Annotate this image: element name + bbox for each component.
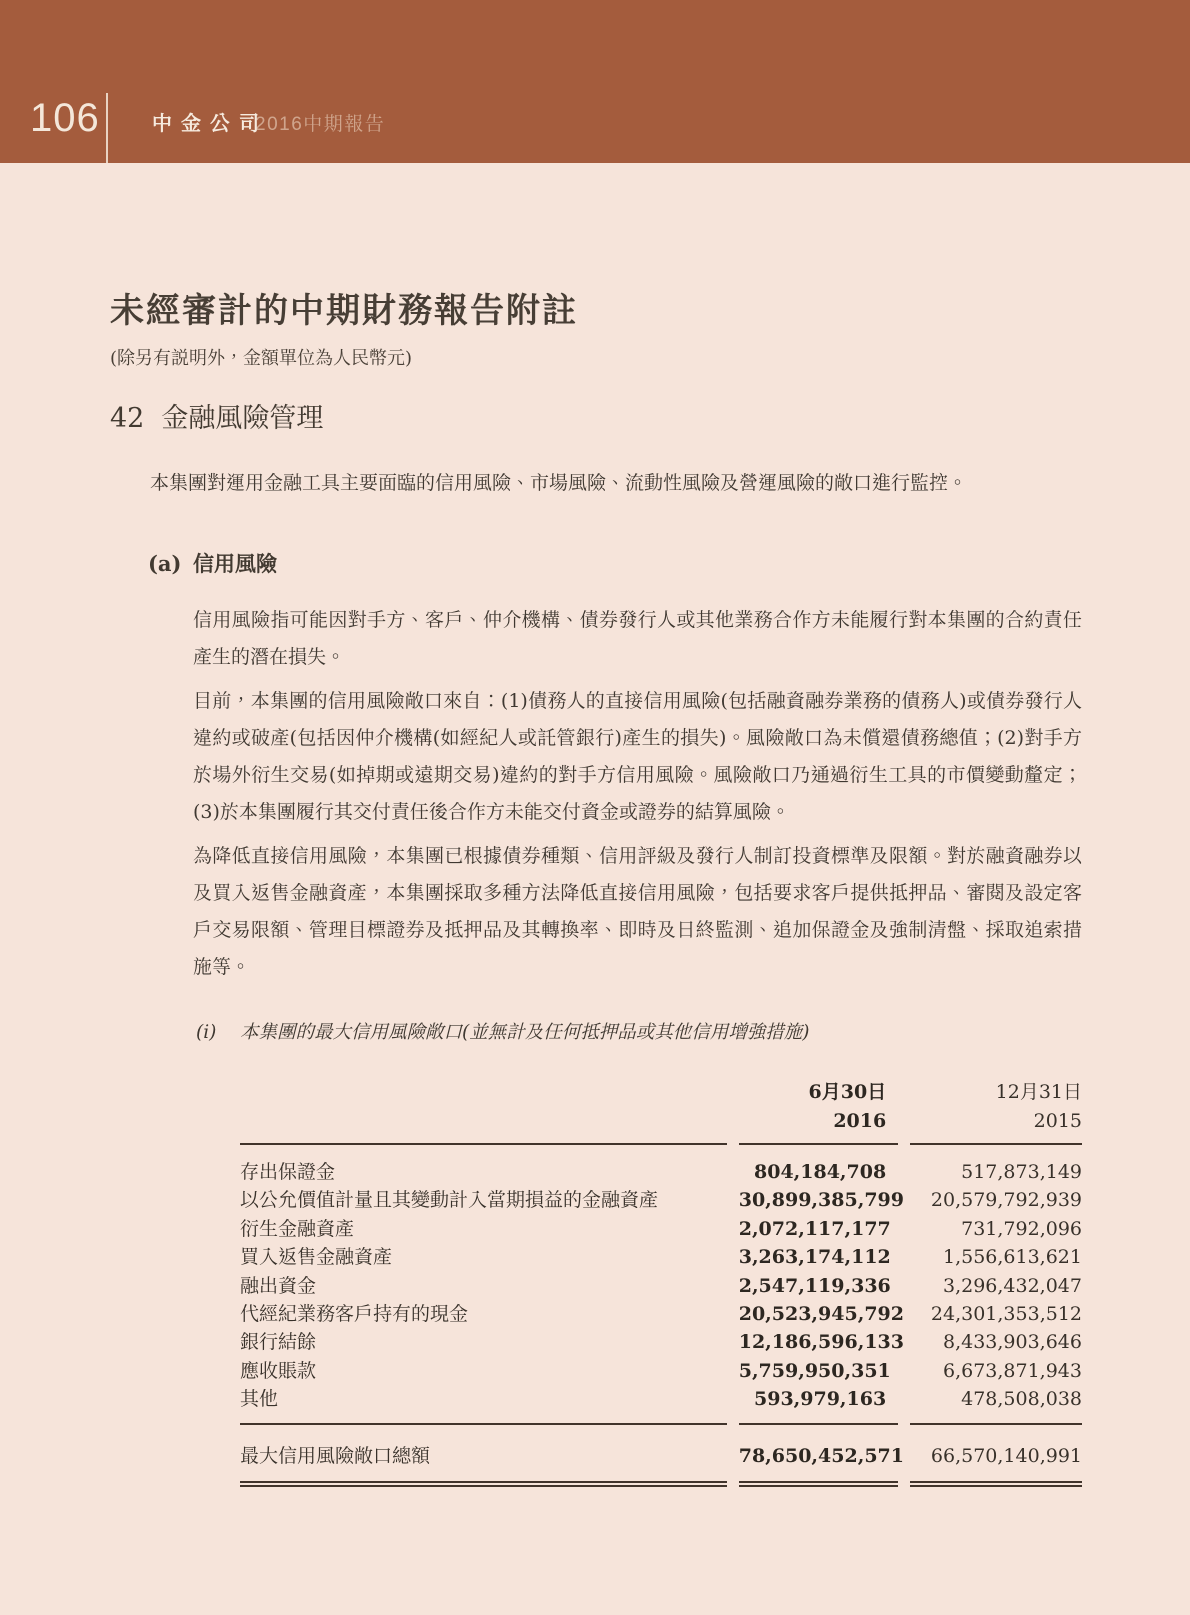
value-2016: 20,523,945,792 [739,1300,899,1328]
value-2015: 517,873,149 [910,1145,1082,1186]
value-2015: 20,579,792,939 [910,1186,1082,1214]
value-2016: 5,759,950,351 [739,1357,899,1385]
table-row: 融出資金 2,547,119,336 3,296,432,047 [240,1272,1082,1300]
table-row: 應收賬款 5,759,950,351 6,673,871,943 [240,1357,1082,1385]
value-2016: 2,547,119,336 [739,1272,899,1300]
row-label: 銀行結餘 [240,1328,727,1356]
section-heading: 42 金融風險管理 [110,396,1082,435]
value-2015: 24,301,353,512 [910,1300,1082,1328]
subsection-heading: (a) 信用風險 [148,548,1082,578]
company-name: 中金公司 [152,107,268,136]
subsection-label: (a) [148,551,193,576]
paragraph: 信用風險指可能因對手方、客戶、仲介機構、債券發行人或其他業務合作方未能履行對本集… [193,602,1082,676]
page-header-bar: 106 中金公司 2016中期報告 [0,0,1190,163]
header-divider [106,93,108,163]
column-header-2015: 12月31日 2015 [910,1078,1082,1145]
report-page: 106 中金公司 2016中期報告 未經審計的中期財務報告附註 (除另有説明外，… [0,0,1190,1615]
document-subtitle: (除另有説明外，金額單位為人民幣元) [110,344,1082,370]
row-label: 以公允價值計量且其變動計入當期損益的金融資產 [240,1186,727,1214]
value-2015: 731,792,096 [910,1215,1082,1243]
total-value-2015: 66,570,140,991 [910,1425,1082,1487]
item-heading: (i) 本集團的最大信用風險敞口(並無計及任何抵押品或其他信用增強措施) [196,1018,1082,1044]
item-label: (i) [196,1022,240,1043]
row-label: 融出資金 [240,1272,727,1300]
total-value-2016: 78,650,452,571 [739,1425,899,1487]
row-label: 其他 [240,1385,727,1424]
section-title: 金融風險管理 [161,396,323,435]
table-row: 存出保證金 804,184,708 517,873,149 [240,1145,1082,1186]
report-title: 2016中期報告 [255,109,385,136]
item-title: 本集團的最大信用風險敞口(並無計及任何抵押品或其他信用增強措施) [240,1018,809,1044]
section-intro-paragraph: 本集團對運用金融工具主要面臨的信用風險、市場風險、流動性風險及營運風險的敞口進行… [150,465,1082,502]
table-row: 買入返售金融資產 3,263,174,112 1,556,613,621 [240,1243,1082,1271]
value-2016: 12,186,596,133 [739,1328,899,1356]
section-number: 42 [110,403,144,434]
document-title: 未經審計的中期財務報告附註 [110,283,1082,332]
subsection-paragraphs: 信用風險指可能因對手方、客戶、仲介機構、債券發行人或其他業務合作方未能履行對本集… [193,602,1082,986]
value-2015: 3,296,432,047 [910,1272,1082,1300]
value-2016: 593,979,163 [739,1385,899,1424]
value-2015: 8,433,903,646 [910,1328,1082,1356]
value-2015: 6,673,871,943 [910,1357,1082,1385]
label-column-header [240,1078,727,1145]
column-year-2016: 2016 [739,1107,887,1136]
paragraph: 為降低直接信用風險，本集團已根據債券種類、信用評級及發行人制訂投資標準及限額。對… [193,838,1082,986]
paragraph: 目前，本集團的信用風險敞口來自：(1)債務人的直接信用風險(包括融資融券業務的債… [193,683,1082,831]
table-row: 代經紀業務客戶持有的現金 20,523,945,792 24,301,353,5… [240,1300,1082,1328]
subsection-title: 信用風險 [193,548,277,578]
column-date-2015: 12月31日 [910,1078,1082,1107]
table-total-row: 最大信用風險敞口總額 78,650,452,571 66,570,140,991 [240,1425,1082,1487]
table-row: 其他 593,979,163 478,508,038 [240,1385,1082,1424]
column-year-2015: 2015 [910,1107,1082,1136]
value-2016: 804,184,708 [739,1145,899,1186]
page-content: 未經審計的中期財務報告附註 (除另有説明外，金額單位為人民幣元) 42 金融風險… [0,283,1190,1487]
value-2015: 1,556,613,621 [910,1243,1082,1271]
row-label: 應收賬款 [240,1357,727,1385]
table-row: 衍生金融資產 2,072,117,177 731,792,096 [240,1215,1082,1243]
table-header-row: 6月30日 2016 12月31日 2015 [240,1078,1082,1145]
table-row: 銀行結餘 12,186,596,133 8,433,903,646 [240,1328,1082,1356]
row-label: 存出保證金 [240,1145,727,1186]
row-label: 代經紀業務客戶持有的現金 [240,1300,727,1328]
value-2016: 3,263,174,112 [739,1243,899,1271]
column-header-2016: 6月30日 2016 [739,1078,899,1145]
credit-exposure-table: 6月30日 2016 12月31日 2015 存出保證金 804,184,708… [240,1078,1082,1487]
row-label: 衍生金融資產 [240,1215,727,1243]
total-label: 最大信用風險敞口總額 [240,1425,727,1487]
value-2015: 478,508,038 [910,1385,1082,1424]
table-row: 以公允價值計量且其變動計入當期損益的金融資產 30,899,385,799 20… [240,1186,1082,1214]
row-label: 買入返售金融資產 [240,1243,727,1271]
page-number: 106 [30,96,100,141]
value-2016: 30,899,385,799 [739,1186,899,1214]
value-2016: 2,072,117,177 [739,1215,899,1243]
column-date-2016: 6月30日 [739,1078,887,1107]
